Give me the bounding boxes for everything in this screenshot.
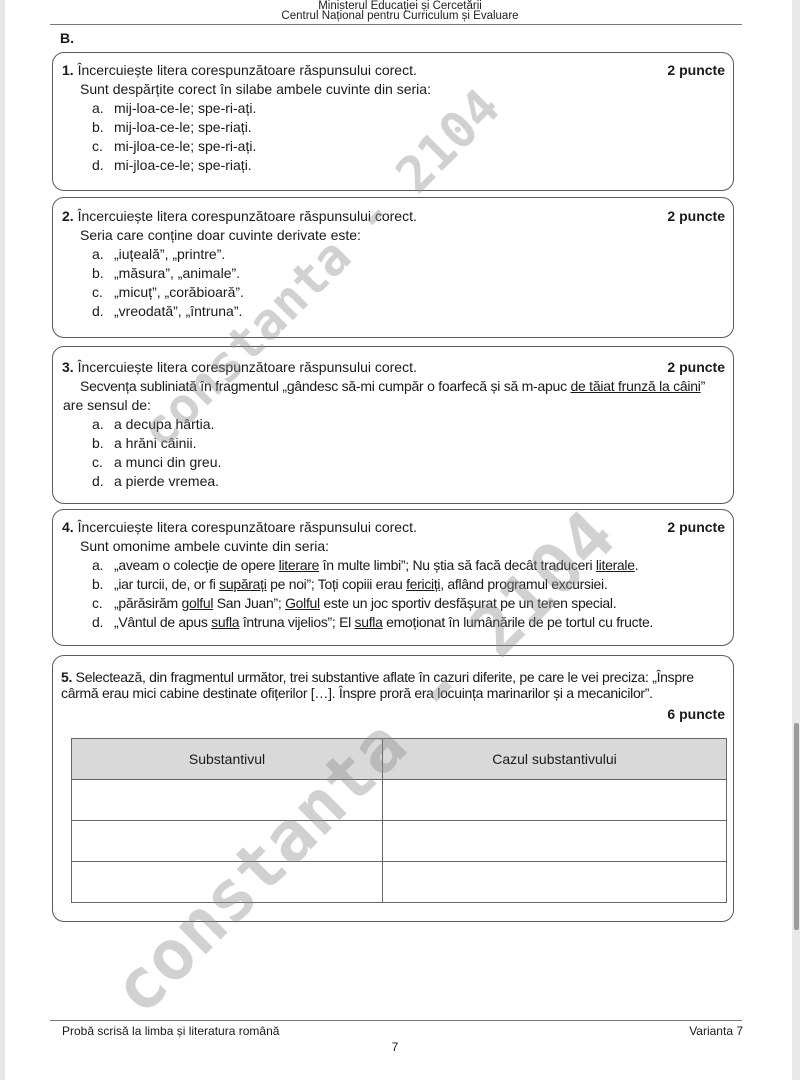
- option-a[interactable]: a.a decupa hârtia.: [92, 416, 214, 432]
- question-3-stem: Secvența subliniată în fragmentul „gânde…: [80, 378, 705, 394]
- scrollbar-thumb[interactable]: [794, 723, 799, 930]
- answer-table: Substantivul Cazul substantivului: [71, 738, 727, 903]
- question-2-points: 2 puncte: [667, 208, 725, 224]
- table-row: [72, 821, 727, 862]
- question-4-stem: Sunt omonime ambele cuvinte din seria:: [80, 538, 329, 554]
- question-1-instruction: 1. Încercuiește litera corespunzătoare r…: [62, 62, 417, 78]
- underlined-phrase: de tăiat frunză la câini: [570, 378, 700, 394]
- page-number: 7: [0, 1040, 790, 1054]
- question-5-points: 6 puncte: [667, 706, 725, 722]
- column-header-case: Cazul substantivului: [383, 739, 727, 780]
- answer-cell[interactable]: [72, 780, 383, 821]
- header-divider: [50, 24, 742, 25]
- question-3-stem-cont: are sensul de:: [63, 397, 151, 413]
- table-row: [72, 780, 727, 821]
- question-3-instruction: 3. Încercuiește litera corespunzătoare r…: [62, 359, 417, 375]
- option-d[interactable]: d.a pierde vremea.: [92, 473, 219, 489]
- option-b[interactable]: b.„măsura”, „animale”.: [92, 265, 240, 281]
- option-c[interactable]: c.mi-jloa-ce-le; spe-ri-ați.: [92, 138, 256, 154]
- option-d[interactable]: d.„vreodată”, „întruna”.: [92, 303, 242, 319]
- question-4-box: 4. Încercuiește litera corespunzătoare r…: [52, 509, 734, 646]
- question-3-points: 2 puncte: [667, 359, 725, 375]
- table-row: [72, 862, 727, 903]
- answer-cell[interactable]: [383, 821, 727, 862]
- question-1-points: 2 puncte: [667, 62, 725, 78]
- question-5-box: 5. Selectează, din fragmentul următor, t…: [52, 655, 734, 922]
- answer-cell[interactable]: [383, 862, 727, 903]
- option-a[interactable]: a.„iuțeală”, „printre”.: [92, 246, 225, 262]
- option-c[interactable]: c.a munci din greu.: [92, 454, 221, 470]
- page-edge-left: [0, 0, 5, 1080]
- question-2-box: 2. Încercuiește litera corespunzătoare r…: [52, 197, 734, 338]
- question-1-stem: Sunt despărțite corect în silabe ambele …: [80, 81, 431, 97]
- question-4-points: 2 puncte: [667, 519, 725, 535]
- answer-cell[interactable]: [383, 780, 727, 821]
- option-b[interactable]: b.a hrăni câinii.: [92, 435, 197, 451]
- option-d[interactable]: d.mi-jloa-ce-le; spe-riați.: [92, 157, 252, 173]
- answer-cell[interactable]: [72, 862, 383, 903]
- question-3-box: 3. Încercuiește litera corespunzătoare r…: [52, 346, 734, 504]
- column-header-substantive: Substantivul: [72, 739, 383, 780]
- option-b[interactable]: b.mij-loa-ce-le; spe-riați.: [92, 119, 252, 135]
- option-a[interactable]: a.„aveam o colecție de opere literare în…: [92, 557, 638, 573]
- option-d[interactable]: d.„Vântul de apus sufla întruna vijelios…: [92, 614, 653, 630]
- question-4-instruction: 4. Încercuiește litera corespunzătoare r…: [62, 519, 417, 535]
- option-c[interactable]: c.„părăsirăm golful San Juan”; Golful es…: [92, 595, 616, 611]
- variant-label: Varianta 7: [689, 1024, 743, 1038]
- exam-name: Probă scrisă la limba și literatura româ…: [62, 1024, 279, 1038]
- section-label: B.: [60, 30, 74, 46]
- question-2-instruction: 2. Încercuiește litera corespunzătoare r…: [62, 208, 417, 224]
- question-5-text: 5. Selectează, din fragmentul următor, t…: [61, 669, 725, 701]
- option-c[interactable]: c.„micuț”, „corăbioară”.: [92, 284, 244, 300]
- question-1-box: 1. Încercuiește litera corespunzătoare r…: [52, 52, 734, 191]
- footer-divider: [50, 1020, 742, 1021]
- center-title: Centrul Național pentru Curriculum și Ev…: [0, 10, 800, 22]
- option-b[interactable]: b.„iar turcii, de, or fi supărați pe noi…: [92, 576, 607, 592]
- answer-cell[interactable]: [72, 821, 383, 862]
- option-a[interactable]: a.mij-loa-ce-le; spe-ri-ați.: [92, 100, 256, 116]
- question-2-stem: Seria care conține doar cuvinte derivate…: [80, 227, 361, 243]
